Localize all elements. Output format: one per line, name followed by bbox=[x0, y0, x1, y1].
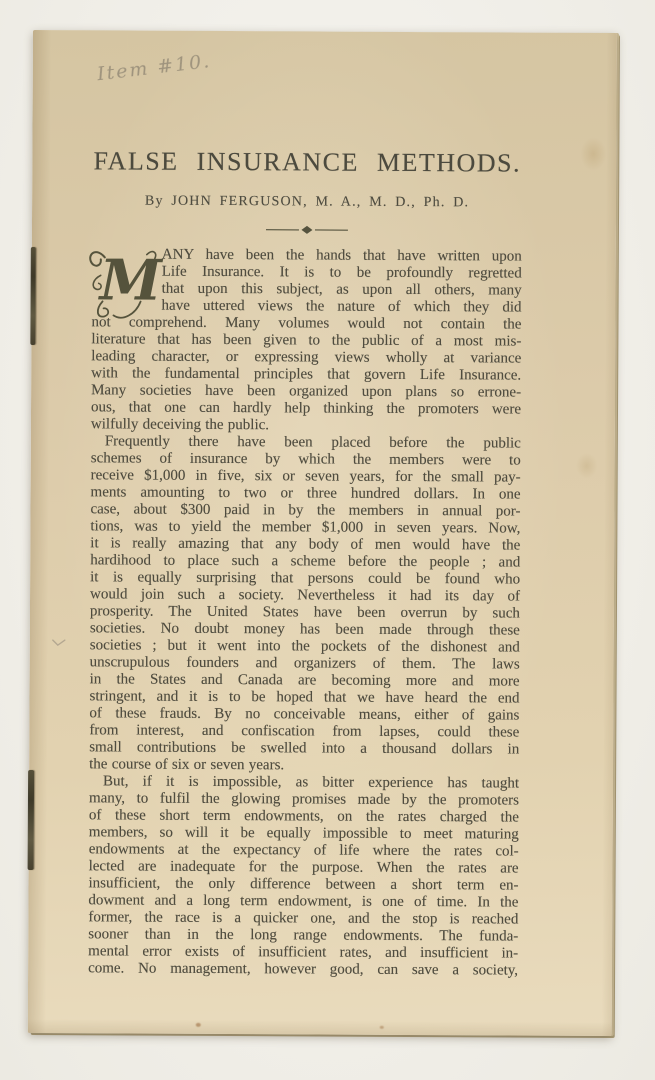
text-line: come. No management, however good, can s… bbox=[88, 960, 518, 979]
document-title: FALSE INSURANCE METHODS. bbox=[92, 30, 523, 178]
divider-ornament-icon bbox=[92, 224, 522, 235]
page-content: FALSE INSURANCE METHODS. By JOHN FERGUSO… bbox=[88, 30, 523, 979]
paragraph-2: Frequently there have been placed before… bbox=[89, 433, 521, 775]
pencil-check-icon bbox=[52, 634, 66, 652]
ink-speck bbox=[380, 1026, 384, 1029]
byline: By JOHN FERGUSON, M. A., M. D., Ph. D. bbox=[92, 192, 522, 211]
foxing-stain bbox=[580, 137, 606, 171]
staple-bottom-icon bbox=[28, 770, 35, 870]
body-text: M ANY have been the hands that have writ… bbox=[88, 246, 522, 979]
paragraph-3: But, if it is impossible, as bitter expe… bbox=[88, 773, 519, 979]
paragraph-1: M ANY have been the hands that have writ… bbox=[91, 246, 522, 435]
drop-cap-ornate-m-icon: M bbox=[89, 247, 159, 311]
pamphlet-page: Item #10. FALSE INSURANCE METHODS. By JO… bbox=[28, 30, 617, 1036]
svg-text:M: M bbox=[98, 247, 164, 313]
staple-top-icon bbox=[30, 247, 36, 345]
ink-speck bbox=[196, 1023, 201, 1027]
foxing-stain bbox=[576, 453, 598, 479]
